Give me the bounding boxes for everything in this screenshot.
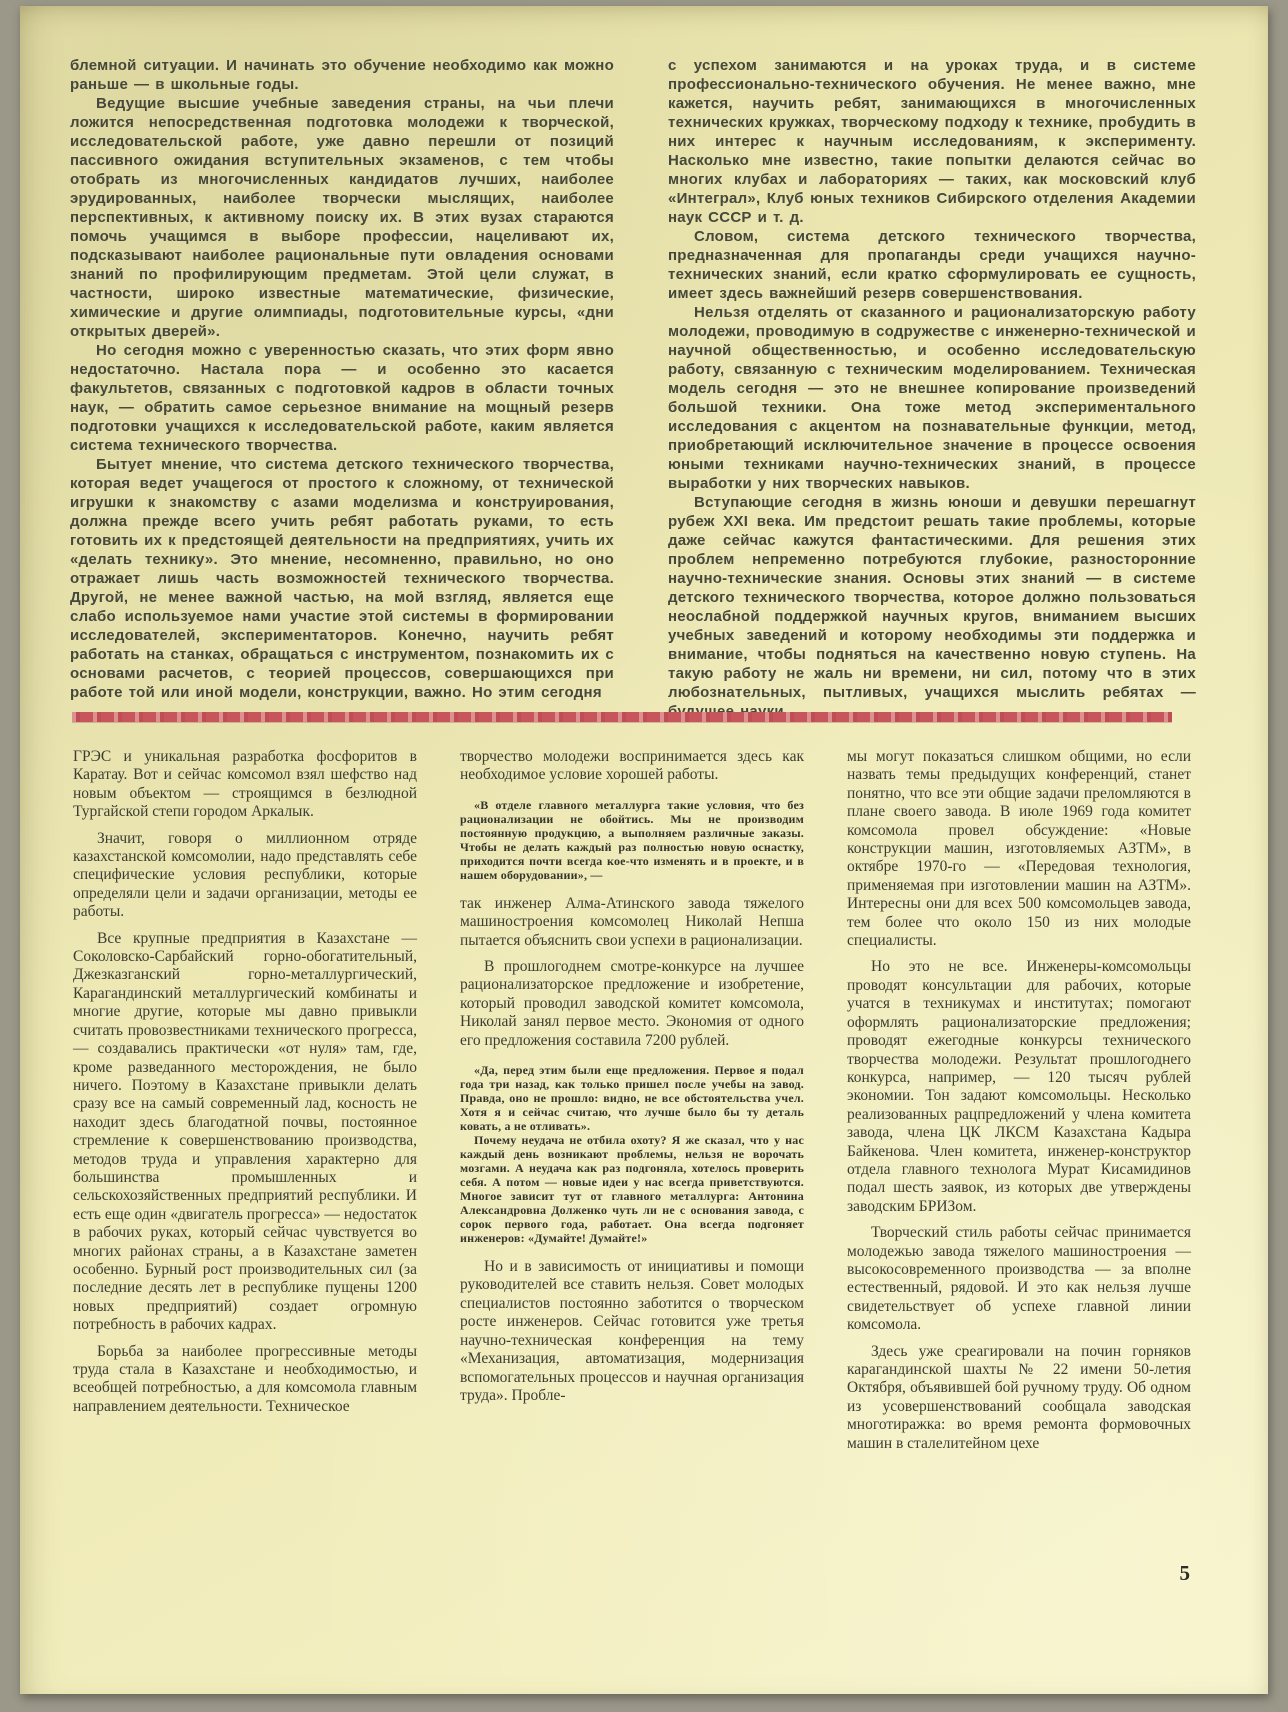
paragraph: Ведущие высшие учебные заведения страны,… (70, 94, 614, 341)
interview-quote: «Да, перед этим были еще предложения. Пе… (460, 1063, 804, 1133)
scanned-magazine-page: { "colors": { "scan_background": "#9b988… (0, 0, 1288, 1712)
paragraph: Но сегодня можно с уверенностью сказать,… (70, 341, 614, 455)
section-divider-rule (72, 712, 1172, 722)
paragraph-continuation: мы могут показаться слишком общими, но е… (847, 748, 1191, 950)
paragraph-continuation: творчество молодежи воспринимается здесь… (460, 748, 804, 785)
paragraph: Словом, система детского технического тв… (668, 227, 1196, 303)
paragraph: Бытует мнение, что система детского техн… (70, 455, 614, 702)
page-paper: блемной ситуации. И начинать это обучени… (20, 6, 1268, 1694)
paragraph: Все крупные предприятия в Казахстане — С… (73, 930, 417, 1335)
interview-quote: Почему неудача не отбила охоту? Я же ска… (460, 1133, 804, 1245)
paragraph: Творческий стиль работы сейчас принимает… (847, 1224, 1191, 1334)
top-left-column: блемной ситуации. И начинать это обучени… (70, 56, 614, 721)
paragraph-continuation: ГРЭС и уникальная разработка фосфоритов … (73, 748, 417, 822)
paragraph: Но это не все. Инженеры-комсомольцы пров… (847, 958, 1191, 1216)
paragraph: В прошлогоднем смотре-конкурсе на лучшее… (460, 958, 804, 1050)
bottom-column-2: творчество молодежи воспринимается здесь… (460, 748, 804, 1405)
interview-quote: «В отделе главного металлурга такие усло… (460, 798, 804, 882)
paragraph-continuation: блемной ситуации. И начинать это обучени… (70, 56, 614, 94)
paragraph: Здесь уже среагировали на почин горняков… (847, 1343, 1191, 1453)
bottom-column-3: мы могут показаться слишком общими, но е… (847, 748, 1191, 1453)
paragraph: Значит, говоря о миллионном отряде казах… (73, 830, 417, 922)
paragraph: Вступающие сегодня в жизнь юноши и девуш… (668, 493, 1196, 721)
top-right-column: с успехом занимаются и на уроках труда, … (668, 56, 1196, 721)
paragraph: так инженер Алма-Атинского завода тяжело… (460, 895, 804, 950)
page-number: 5 (1130, 1562, 1190, 1584)
paragraph: Борьба за наиболее прогрессивные методы … (73, 1343, 417, 1417)
bottom-column-1: ГРЭС и уникальная разработка фосфоритов … (73, 748, 417, 1416)
top-article: блемной ситуации. И начинать это обучени… (70, 56, 1196, 721)
paragraph: Но и в зависимость от инициативы и помощ… (460, 1258, 804, 1405)
paragraph-continuation: с успехом занимаются и на уроках труда, … (668, 56, 1196, 227)
bottom-article: ГРЭС и уникальная разработка фосфоритов … (73, 748, 1191, 1453)
paragraph: Нельзя отделять от сказанного и рационал… (668, 303, 1196, 493)
